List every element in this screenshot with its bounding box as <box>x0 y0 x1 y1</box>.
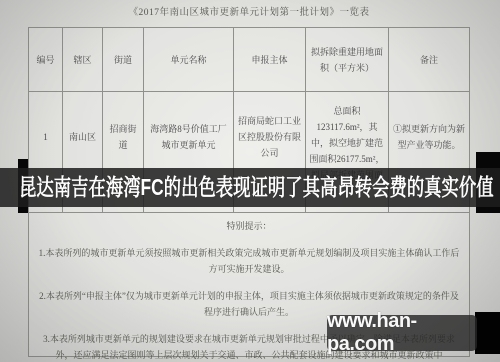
header-cell-street: 街道 <box>103 28 144 91</box>
header-cell-district: 辖区 <box>63 28 103 91</box>
table-header-row: 编号 辖区 街道 单元名称 申报主体 拟拆除重建用地面积（平方米） 备注 <box>29 28 469 92</box>
news-photo: 《2017年南山区城市更新单元计划第一批计划》一览表 编号 辖区 街道 单元名称… <box>0 0 500 362</box>
header-cell-area: 拟拆除重建用地面积（平方米） <box>306 28 389 91</box>
headline-banner: 昆达南吉在海湾FC的出色表现证明了其高昂转会费的真实价值 <box>0 168 500 207</box>
header-cell-no: 编号 <box>29 28 63 91</box>
headline-text: 昆达南吉在海湾FC的出色表现证明了其高昂转会费的真实价值 <box>19 168 494 207</box>
notes-heading: 特别提示： <box>35 218 463 234</box>
header-cell-unit-name: 单元名称 <box>144 28 234 91</box>
header-cell-remark: 备注 <box>389 28 469 91</box>
note-item-1: 1.本表所列的城市更新单元须按照城市更新相关政策完成城市更新单元规划编制及项目实… <box>35 245 463 277</box>
document-title: 《2017年南山区城市更新单元计划第一批计划》一览表 <box>28 4 470 18</box>
header-cell-applicant: 申报主体 <box>234 28 306 91</box>
bottom-right-black-block <box>475 312 500 354</box>
website-watermark: www.han-pa.com <box>327 315 477 351</box>
